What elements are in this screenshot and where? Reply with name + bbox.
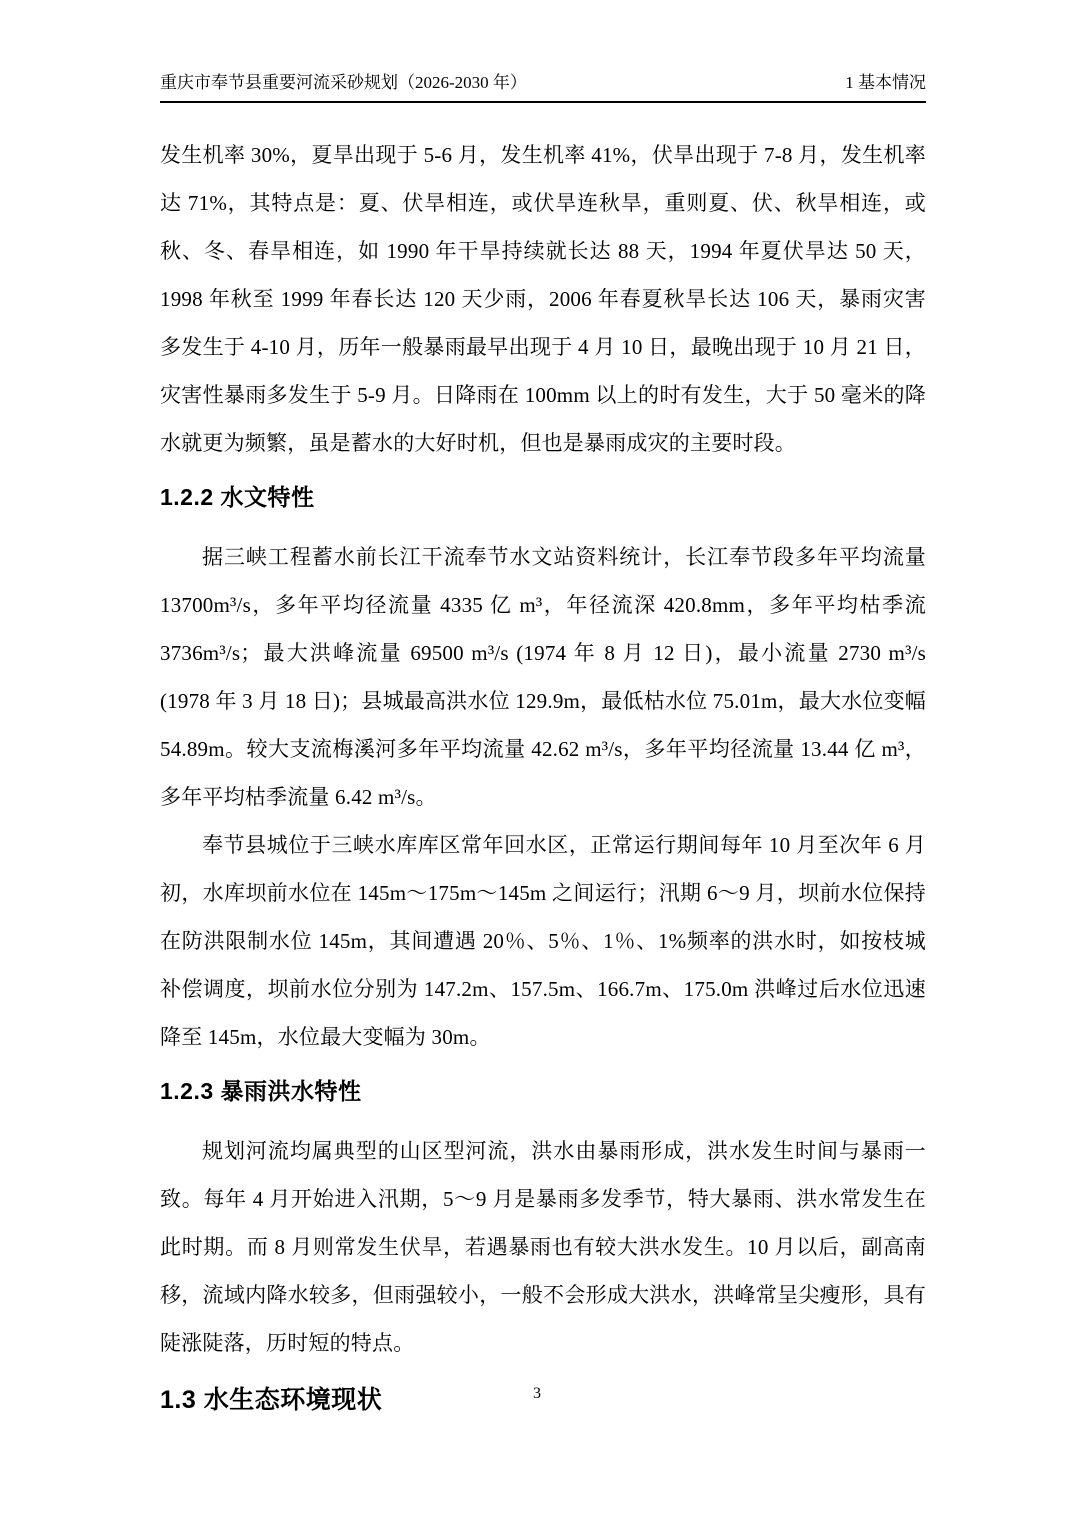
paragraph-reservoir-water-levels: 奉节县城位于三峡水库库区常年回水区，正常运行期间每年 10 月至次年 6 月初，… [160, 821, 926, 1061]
header-chapter-label: 1 基本情况 [845, 72, 926, 94]
document-body: 发生机率 30%，夏旱出现于 5-6 月，发生机率 41%，伏旱出现于 7-8 … [160, 131, 926, 1415]
paragraph-flood-characteristics: 规划河流均属典型的山区型河流，洪水由暴雨形成，洪水发生时间与暴雨一致。每年 4 … [160, 1127, 926, 1367]
paragraph-drought-statistics: 发生机率 30%，夏旱出现于 5-6 月，发生机率 41%，伏旱出现于 7-8 … [160, 131, 926, 467]
paragraph-hydrology-flow-data: 据三峡工程蓄水前长江干流奉节水文站资料统计，长江奉节段多年平均流量 13700m… [160, 533, 926, 821]
document-page: 重庆市奉节县重要河流采砂规划（2026-2030 年） 1 基本情况 发生机率 … [0, 0, 1074, 1520]
page-header: 重庆市奉节县重要河流采砂规划（2026-2030 年） 1 基本情况 [160, 72, 926, 103]
page-footer: 3 [0, 1384, 1074, 1404]
header-document-title: 重庆市奉节县重要河流采砂规划（2026-2030 年） [160, 72, 527, 94]
heading-1-2-3-storm-flood: 1.2.3 暴雨洪水特性 [160, 1077, 926, 1105]
page-number: 3 [533, 1385, 541, 1402]
heading-1-2-2-hydrology: 1.2.2 水文特性 [160, 483, 926, 511]
